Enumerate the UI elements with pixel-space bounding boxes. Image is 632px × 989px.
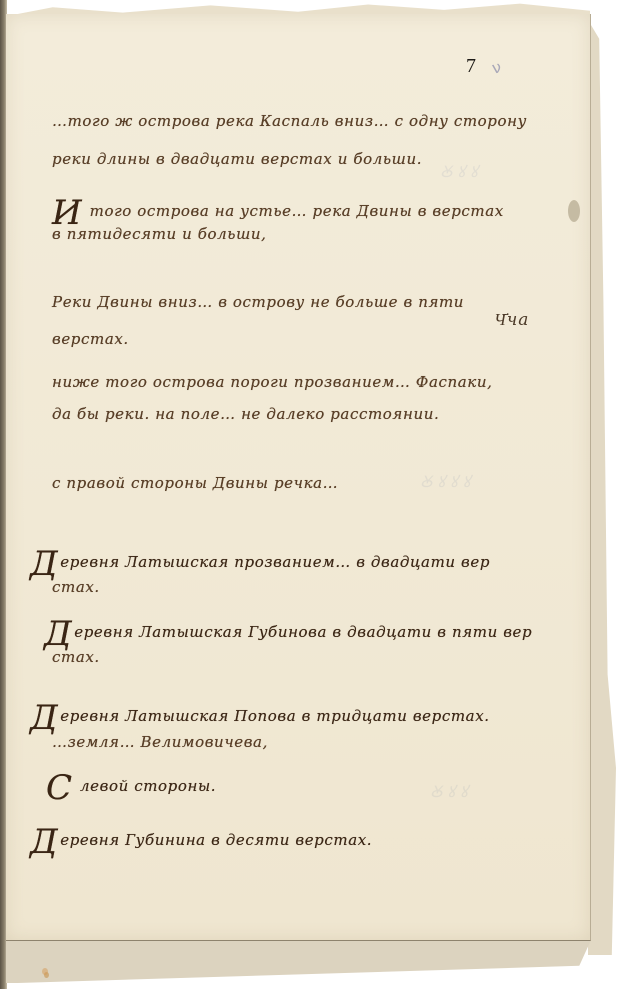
manuscript-line: с правой стороны Двины речка… [52, 474, 338, 492]
manuscript-line: …того ж острова река Каспаль вниз… с одн… [52, 112, 527, 130]
manuscript-line: Деревня Латышская Губинова в двадцати в … [44, 614, 532, 654]
manuscript-line: ниже того острова пороги прозванием… Фас… [52, 373, 493, 391]
manuscript-line: реки длины в двадцати верстах и больши. [52, 150, 422, 168]
manuscript-line: Реки Двины вниз… в острову не больше в п… [52, 293, 464, 311]
manuscript-line: в пятидесяти и больши, [52, 225, 267, 243]
folio-number: 7 [466, 55, 476, 78]
page-curl-mark [568, 200, 580, 222]
bleed-through-text: Ꙋ ꙋ ꙋ ꙋ [420, 470, 470, 492]
manuscript-line: стах. [52, 648, 100, 666]
page-stack-bottom-edge [6, 940, 591, 983]
bleed-through-text: Ꙋ ꙋ ꙋ [430, 780, 468, 802]
manuscript-line: Деревня Губинина в десяти верстах. [30, 822, 372, 862]
manuscript-line: …земля… Велимовичева, [52, 733, 268, 751]
decorated-initial: Д [30, 822, 58, 862]
ink-stain [42, 968, 48, 975]
bleed-through-text: Ꙋ ꙋ ꙋ [440, 160, 478, 182]
manuscript-line: верстах. [52, 330, 129, 348]
page-stack-right-edge [588, 20, 616, 955]
manuscript-line: С левой стороны. [46, 768, 216, 808]
manuscript-line: стах. [52, 578, 100, 596]
manuscript-line: да бы реки. на поле… не далеко расстояни… [52, 405, 439, 423]
margin-note: Ч҃ча [494, 310, 529, 330]
decorated-initial: Д [30, 698, 58, 738]
decorated-initial: С [46, 768, 73, 808]
manuscript-line: Деревня Латышская Попова в тридцати верс… [30, 698, 490, 738]
